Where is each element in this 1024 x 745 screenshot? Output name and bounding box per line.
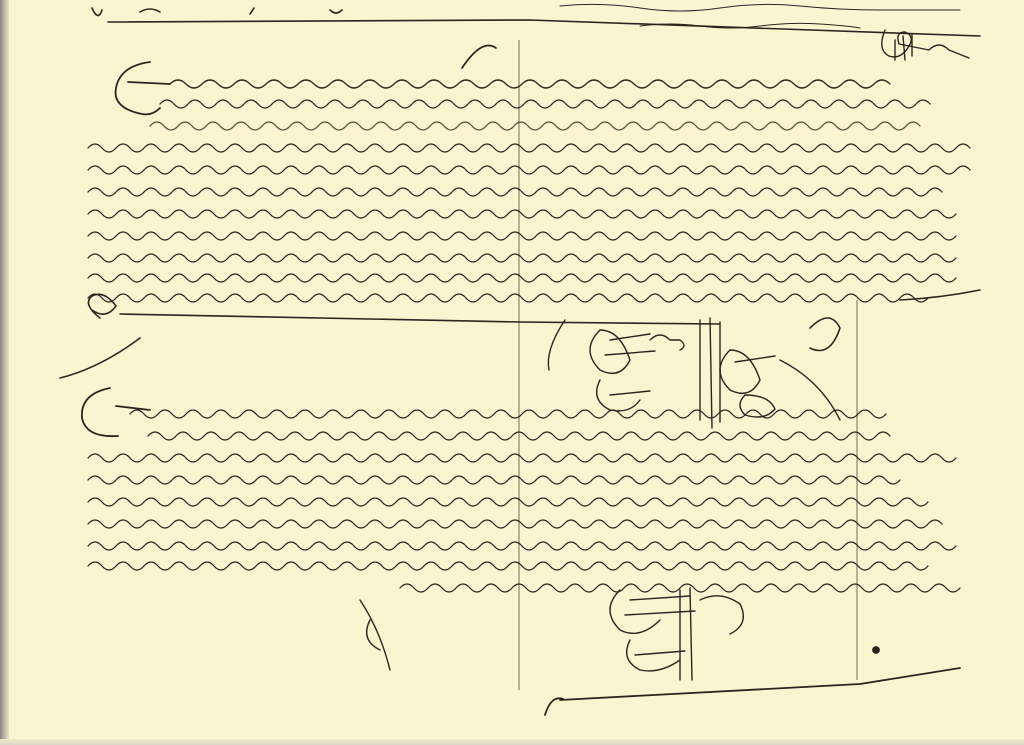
header-rule — [92, 4, 980, 36]
entry-1-lines — [88, 80, 970, 302]
bottom-closing-rule — [545, 647, 960, 715]
scanner-bottom-edge — [0, 739, 1024, 745]
handwriting-layer — [0, 0, 1024, 745]
entry-1-closing-rule — [60, 290, 980, 378]
manuscript-page: [illegible heading line] [illegible hand… — [0, 0, 1024, 745]
bottom-signatures — [360, 588, 743, 680]
entry-2-lines — [88, 410, 960, 592]
entry-2-initial — [82, 388, 150, 436]
middle-signatures — [548, 318, 840, 428]
